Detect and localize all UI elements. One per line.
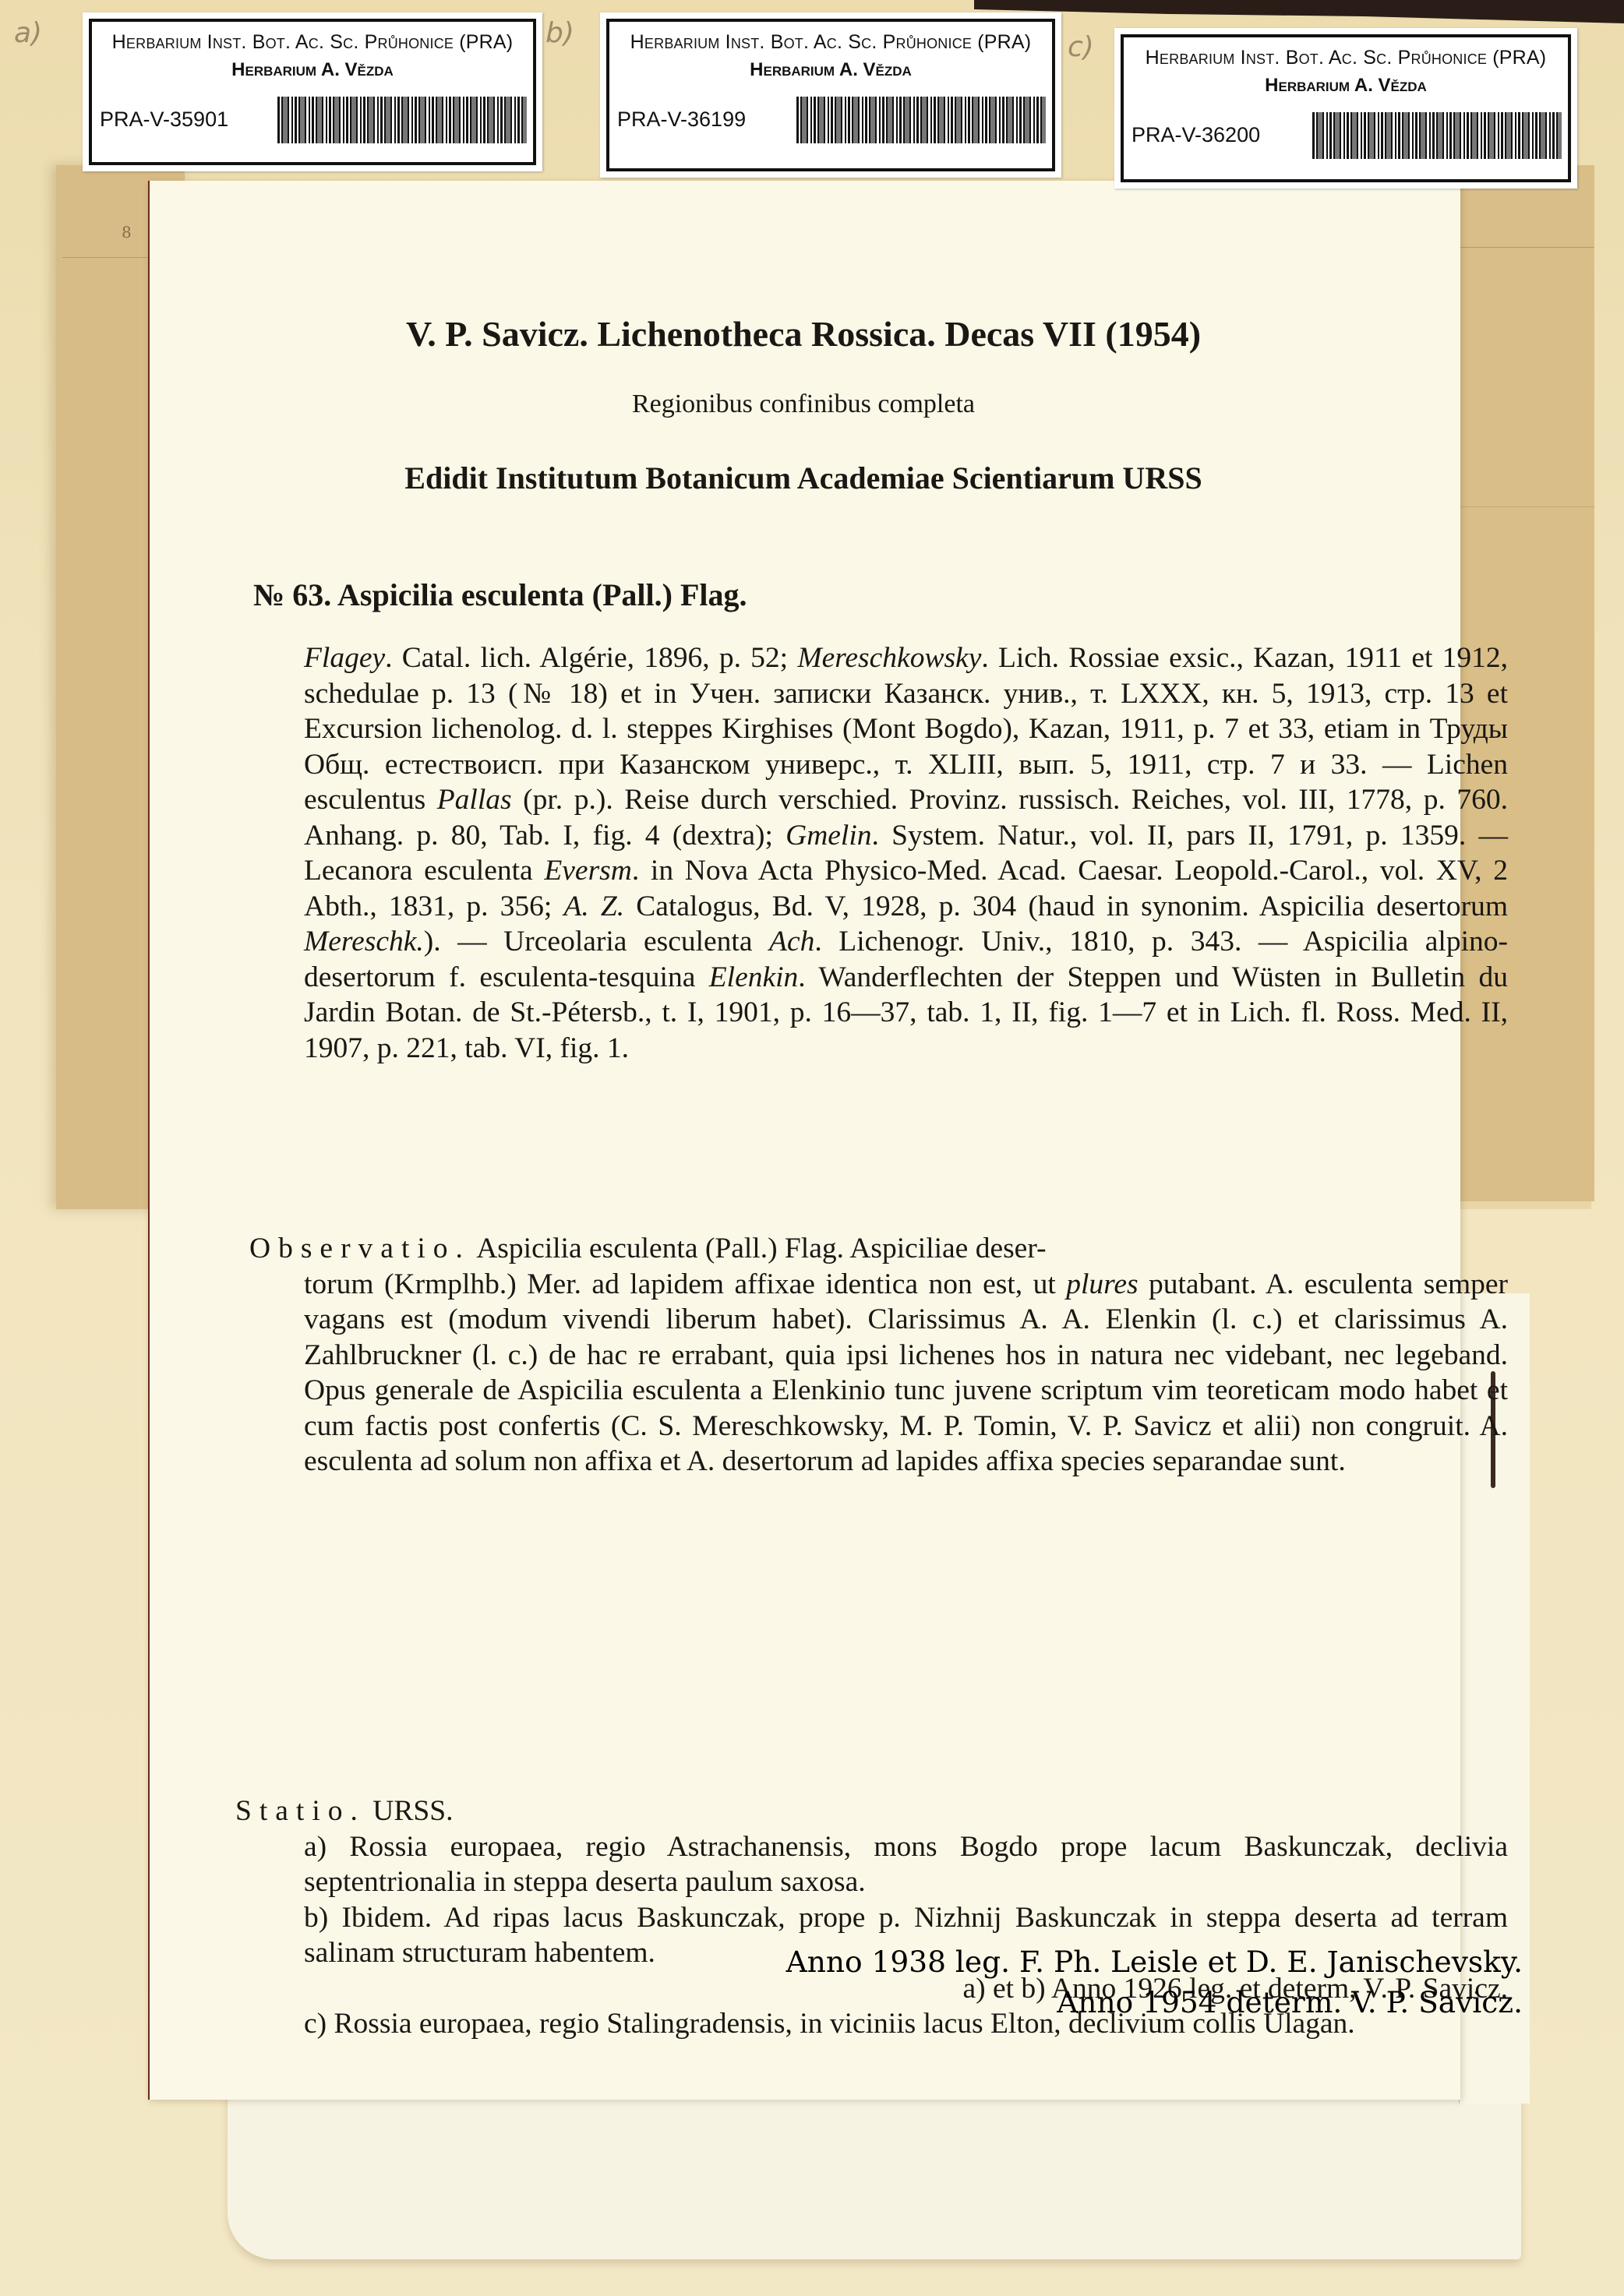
ref-author: Mereschk. <box>304 926 424 958</box>
observatio-first-line: Aspicilia esculenta (Pall.) Flag. Aspici… <box>471 1233 1047 1264</box>
ref-author: Pallas <box>437 784 512 816</box>
barcode-icon <box>1312 112 1562 159</box>
ref-author: A. Z. <box>563 891 624 922</box>
ref-author: Elenkin <box>709 961 799 993</box>
hand-mark-b: b) <box>545 17 574 49</box>
determined-line: Anno 1954 determ. V. P. Savicz. <box>786 1982 1523 2023</box>
barcode-icon <box>796 97 1046 143</box>
series-subtitle: Regionibus confinibus completa <box>148 390 1459 419</box>
observatio-paragraph: Observatio. Aspicilia esculenta (Pall.) … <box>249 1231 1508 1480</box>
label-herbarium: Herbarium A. Vězda <box>84 59 541 81</box>
specimen-id: PRA-V-35901 <box>100 108 228 132</box>
label-institution: Herbarium Inst. Bot. Ac. Sc. Průhonice (… <box>602 31 1060 54</box>
barcode-icon <box>277 97 527 143</box>
envelope-lower-pocket <box>228 2072 1521 2259</box>
label-herbarium: Herbarium A. Vězda <box>1116 75 1576 97</box>
observatio-lead: Observatio. <box>249 1233 471 1264</box>
ref-author: Ach <box>769 926 814 958</box>
label-institution: Herbarium Inst. Bot. Ac. Sc. Průhonice (… <box>1116 47 1576 69</box>
hand-mark-c: c) <box>1068 31 1094 63</box>
barcode-label: Herbarium Inst. Bot. Ac. Sc. Průhonice (… <box>83 12 542 171</box>
ref-text: . Catal. lich. Algérie, 1896, p. 52; <box>385 642 797 674</box>
species-heading: № 63. Aspicilia esculenta (Pall.) Flag. <box>253 577 747 613</box>
barcode-label: Herbarium Inst. Bot. Ac. Sc. Průhonice (… <box>1114 28 1577 189</box>
statio-country: URSS. <box>365 1795 454 1827</box>
ref-text: ). — Urceolaria esculenta <box>424 926 769 958</box>
label-herbarium: Herbarium A. Vězda <box>602 59 1060 81</box>
label-institution: Herbarium Inst. Bot. Ac. Sc. Průhonice (… <box>84 31 541 54</box>
references-paragraph: Flagey. Catal. lich. Algérie, 1896, p. 5… <box>304 640 1508 1066</box>
barcode-label: Herbarium Inst. Bot. Ac. Sc. Průhonice (… <box>600 12 1061 178</box>
observatio-text: torum (Krmplhb.) Mer. ad lapidem affixae… <box>304 1268 1066 1300</box>
ref-author: Flagey <box>304 642 385 674</box>
flap-fold-line <box>1456 506 1594 507</box>
ref-author: Gmelin <box>786 820 871 852</box>
observatio-italic: plures <box>1066 1268 1138 1300</box>
ref-author: Mereschkowsky <box>797 642 981 674</box>
publisher-line: Edidit Institutum Botanicum Academiae Sc… <box>148 460 1459 496</box>
hand-mark-a: a) <box>14 17 42 49</box>
locality-a: a) Rossia europaea, regio Astrachanensis… <box>235 1829 1508 1900</box>
ref-author: Eversm <box>544 855 631 887</box>
ref-text: Catalogus, Bd. V, 1928, p. 304 (haud in … <box>624 891 1508 922</box>
collected-line: Anno 1938 leg. F. Ph. Leisle et D. E. Ja… <box>786 1942 1523 1982</box>
specimen-id: PRA-V-36200 <box>1132 123 1260 147</box>
collection-credits: Anno 1938 leg. F. Ph. Leisle et D. E. Ja… <box>786 1942 1523 2023</box>
series-title: V. P. Savicz. Lichenotheca Rossica. Deca… <box>148 313 1459 354</box>
flap-pencil-mark: 8 <box>122 223 132 242</box>
statio-lead: Statio. <box>235 1795 365 1827</box>
specimen-id: PRA-V-36199 <box>617 108 746 132</box>
flap-fold-line <box>1456 247 1594 248</box>
